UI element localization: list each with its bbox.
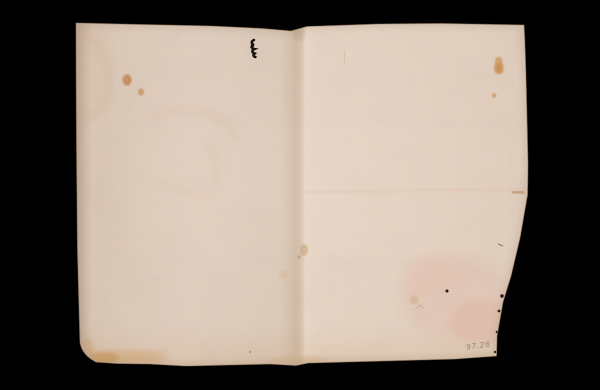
photo-background: 97.26 — [0, 0, 600, 390]
paper-scan: 97.26 — [0, 0, 600, 390]
